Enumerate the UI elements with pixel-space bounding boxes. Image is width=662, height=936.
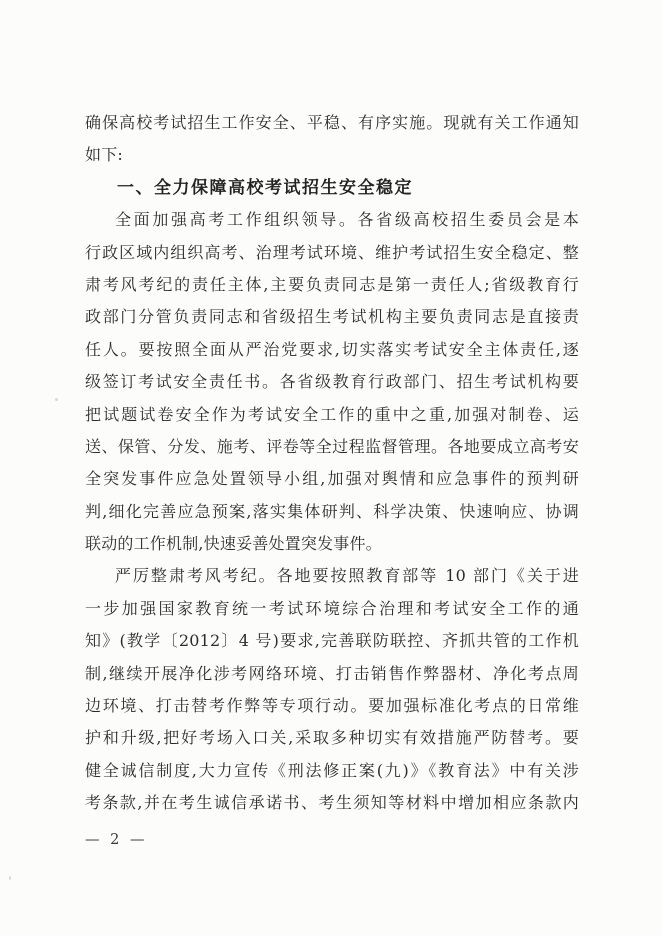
text-line: 边环境、打击替考作弊等专项行动。要加强标准化考点的日常维 <box>85 690 579 722</box>
text-line: 全面加强高考工作组织领导。各省级高校招生委员会是本 <box>85 204 579 236</box>
text-line: 制,继续开展净化涉考网络环境、打击销售作弊器材、净化考点周 <box>85 658 579 690</box>
text-line: 知》(教学〔2012〕4 号)要求,完善联防联控、齐抓共管的工作机 <box>85 625 579 657</box>
text-line: 送、保管、分发、施考、评卷等全过程监督管理。各地要成立高考安 <box>85 431 579 463</box>
text-line: 健全诚信制度,大力宣传《刑法修正案(九)》《教育法》中有关涉 <box>85 755 579 787</box>
scan-speck <box>9 876 11 880</box>
text-line: 确保高校考试招生工作安全、平稳、有序实施。现就有关工作通知 <box>85 107 579 139</box>
text-line: 全突发事件应急处置领导小组,加强对舆情和应急事件的预判研 <box>85 463 579 495</box>
text-line: 考条款,并在考生诚信承诺书、考生须知等材料中增加相应条款内 <box>85 787 579 819</box>
text-line: 一步加强国家教育统一考试环境综合治理和考试安全工作的通 <box>85 593 579 625</box>
document-page: 确保高校考试招生工作安全、平稳、有序实施。现就有关工作通知 如下: 一、全力保障… <box>0 0 662 936</box>
text-line: 把试题试卷安全作为考试安全工作的重中之重,加强对制卷、运 <box>85 399 579 431</box>
section-heading: 一、全力保障高校考试招生安全稳定 <box>85 172 579 204</box>
text-line: 联动的工作机制,快速妥善处置突发事件。 <box>85 528 579 560</box>
text-line: 政部门分管负责同志和省级招生考试机构主要负责同志是直接责 <box>85 301 579 333</box>
text-line: 行政区域内组织高考、治理考试环境、维护考试招生安全稳定、整 <box>85 237 579 269</box>
page-number: — 2 — <box>85 828 147 852</box>
text-line: 如下: <box>85 139 579 171</box>
document-text-block: 确保高校考试招生工作安全、平稳、有序实施。现就有关工作通知 如下: 一、全力保障… <box>85 107 579 820</box>
text-line: 判,细化完善应急预案,落实集体研判、科学决策、快速响应、协调 <box>85 496 579 528</box>
scan-speck <box>55 398 58 401</box>
text-line: 级签订考试安全责任书。各省级教育行政部门、招生考试机构要 <box>85 366 579 398</box>
text-line: 肃考风考纪的责任主体,主要负责同志是第一责任人;省级教育行 <box>85 269 579 301</box>
text-line: 任人。要按照全面从严治党要求,切实落实考试安全主体责任,逐 <box>85 334 579 366</box>
text-line: 护和升级,把好考场入口关,采取多种切实有效措施严防替考。要 <box>85 722 579 754</box>
text-line: 严厉整肃考风考纪。各地要按照教育部等 10 部门《关于进 <box>85 560 579 592</box>
